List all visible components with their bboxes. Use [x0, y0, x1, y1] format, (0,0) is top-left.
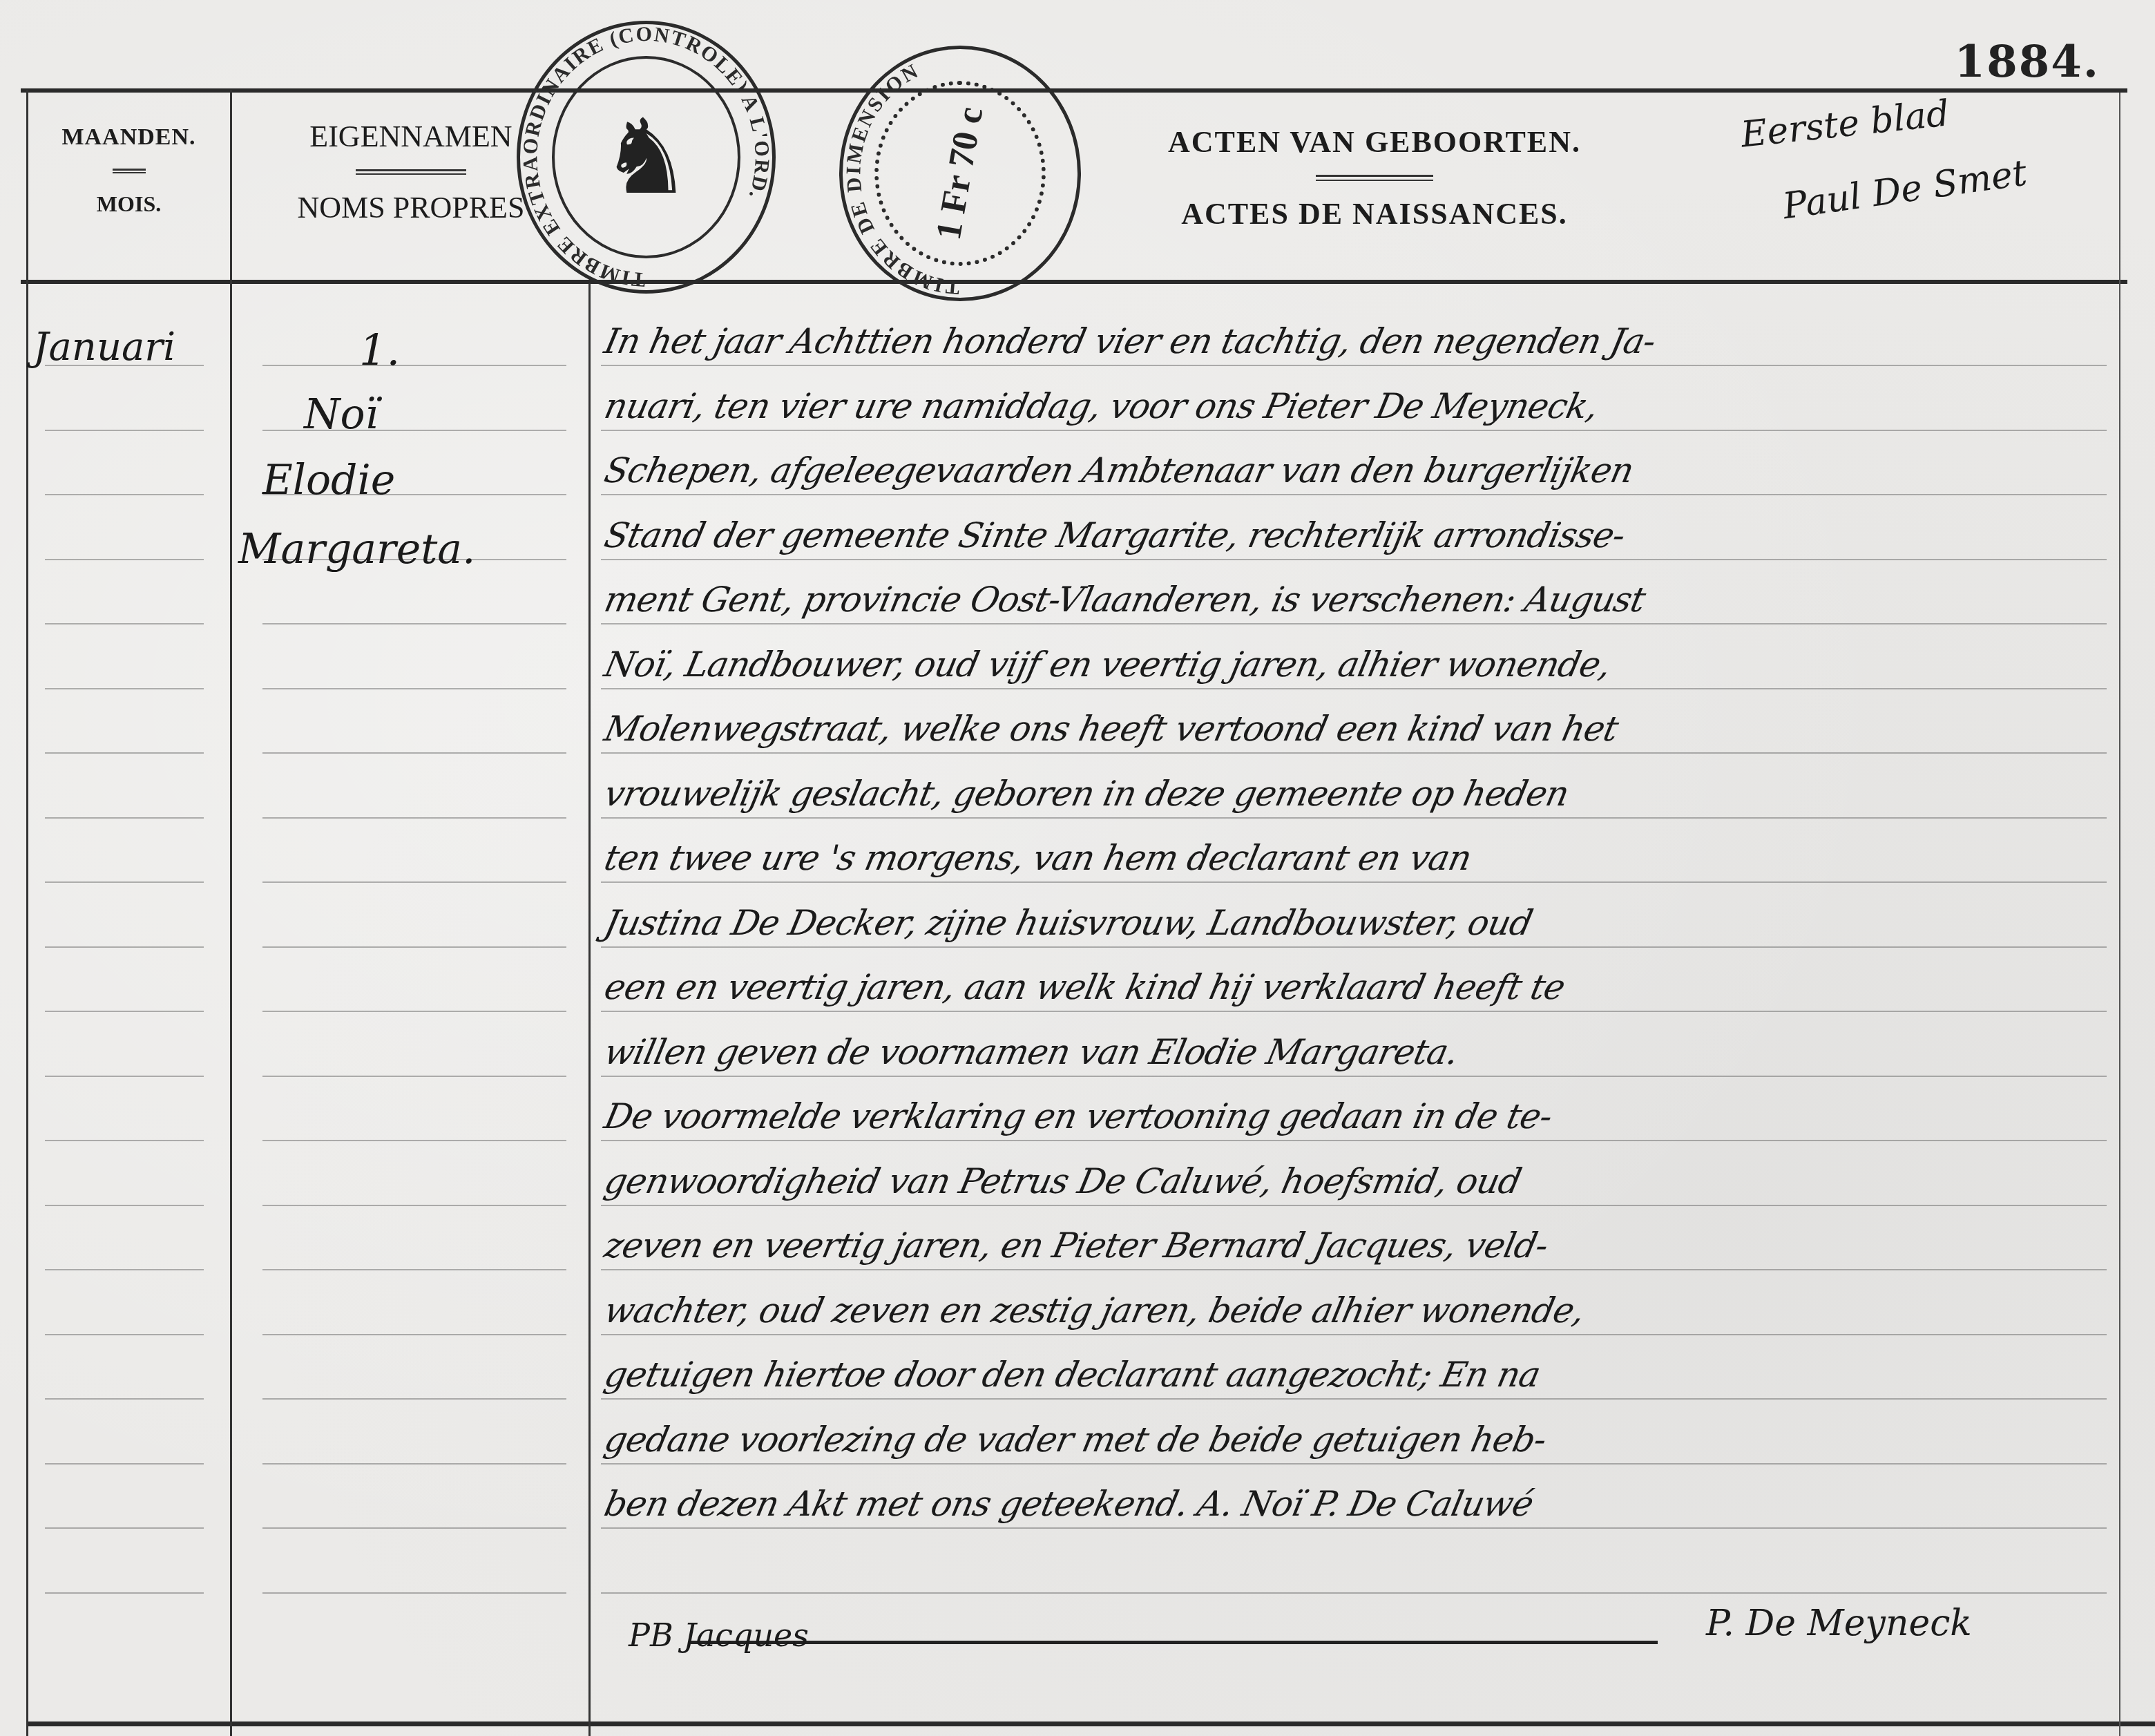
month-ruled-line	[45, 559, 204, 560]
act-body-line: een en veertig jaren, aan welk kind hij …	[601, 967, 2122, 1007]
header-acts-column: ACTEN VAN GEBOORTEN. ACTES DE NAISSANCES…	[1077, 124, 1672, 231]
act-body-line: getuigen hiertoe door den declarant aang…	[601, 1355, 2122, 1395]
header-separator	[1316, 175, 1433, 181]
entry-middle-name: Margareta.	[238, 525, 475, 573]
entry-first-name: Elodie	[262, 456, 395, 504]
act-body-line: willen geven de voornamen van Elodie Mar…	[601, 1032, 2122, 1072]
names-ruled-line	[262, 1527, 566, 1529]
act-body-line: De voormelde verklaring en vertooning ge…	[601, 1096, 2122, 1136]
month-ruled-line	[45, 1269, 204, 1270]
month-ruled-line	[45, 1463, 204, 1465]
body-ruled-line	[601, 1140, 2107, 1141]
header-acts-fr: ACTES DE NAISSANCES.	[1077, 196, 1672, 231]
act-body-line: nuari, ten vier ure namiddag, voor ons P…	[601, 386, 2122, 426]
body-ruled-line	[601, 1269, 2107, 1270]
body-ruled-line	[601, 688, 2107, 689]
act-body-line: Noï, Landbouwer, oud vijf en veertig jar…	[601, 645, 2122, 685]
extraordinary-tax-stamp: TIMBRE EXTRAORDINAIRE (CONTROLE) A L'ORD…	[517, 21, 776, 294]
header-acts-nl: ACTEN VAN GEBOORTEN.	[1077, 124, 1672, 160]
header-separator	[356, 169, 466, 175]
month-ruled-line	[45, 817, 204, 819]
body-ruled-line	[601, 752, 2107, 754]
body-ruled-line	[601, 559, 2107, 560]
wreath-icon: 1 Fr 70 c	[874, 81, 1046, 266]
names-ruled-line	[262, 1205, 566, 1206]
header-separator	[113, 169, 146, 173]
month-ruled-line	[45, 1527, 204, 1529]
body-ruled-line	[601, 1592, 2107, 1594]
entry-bottom-rule	[28, 1721, 2155, 1726]
signature-line	[691, 1641, 1658, 1644]
stamp-inner-ring: ♞	[552, 56, 740, 258]
register-year: 1884.	[1955, 36, 2100, 88]
act-body-line: vrouwelijk geslacht, geboren in deze gem…	[601, 774, 2122, 814]
month-ruled-line	[45, 881, 204, 883]
names-ruled-line	[262, 365, 566, 366]
act-body-line: Stand der gemeente Sinte Margarite, rech…	[601, 515, 2122, 555]
body-ruled-line	[601, 1076, 2107, 1077]
names-ruled-line	[262, 1140, 566, 1141]
act-body-line: ten twee ure 's morgens, van hem declara…	[601, 838, 2122, 878]
act-body-line: Schepen, afgeleegevaarden Ambtenaar van …	[601, 450, 2122, 490]
act-body-line: Molenwegstraat, welke ons heeft vertoond…	[601, 709, 2122, 749]
body-ruled-line	[601, 1463, 2107, 1465]
names-ruled-line	[262, 1463, 566, 1465]
month-ruled-line	[45, 1011, 204, 1012]
signature-officer: P. De Meyneck	[1706, 1603, 1972, 1644]
act-body-line: genwoordigheid van Petrus De Caluwé, hoe…	[601, 1161, 2122, 1201]
left-border	[26, 90, 28, 1736]
month-ruled-line	[45, 752, 204, 754]
body-ruled-line	[601, 365, 2107, 366]
names-column-divider	[588, 283, 591, 1736]
names-ruled-line	[262, 623, 566, 624]
names-ruled-line	[262, 1076, 566, 1077]
body-ruled-line	[601, 946, 2107, 948]
month-ruled-line	[45, 1140, 204, 1141]
month-ruled-line	[45, 688, 204, 689]
act-body-line: In het jaar Achttien honderd vier en tac…	[601, 321, 2122, 361]
lion-emblem-icon: ♞	[600, 106, 692, 209]
act-body-line: ment Gent, provincie Oost-Vlaanderen, is…	[601, 580, 2122, 620]
body-ruled-line	[601, 1205, 2107, 1206]
month-ruled-line	[45, 1592, 204, 1594]
header-month-column: MAANDEN. MOIS.	[28, 124, 230, 217]
entry-surname: Noï	[304, 390, 379, 439]
names-ruled-line	[262, 1269, 566, 1270]
month-ruled-line	[45, 430, 204, 431]
signature-witness: PB Jacques	[629, 1616, 809, 1654]
month-ruled-line	[45, 946, 204, 948]
body-ruled-line	[601, 623, 2107, 624]
month-ruled-line	[45, 623, 204, 624]
dimension-stamp: TIMBRE DE DIMENSION 1 Fr 70 c	[839, 46, 1081, 301]
entry-act-number: 1.	[359, 325, 400, 375]
body-ruled-line	[601, 1334, 2107, 1335]
names-ruled-line	[262, 1334, 566, 1335]
month-ruled-line	[45, 1076, 204, 1077]
names-ruled-line	[262, 1398, 566, 1400]
month-ruled-line	[45, 494, 204, 495]
names-ruled-line	[262, 946, 566, 948]
names-ruled-line	[262, 881, 566, 883]
act-body-line: zeven en veertig jaren, en Pieter Bernar…	[601, 1225, 2122, 1266]
entry-month: Januari	[33, 325, 175, 370]
body-ruled-line	[601, 817, 2107, 819]
month-ruled-line	[45, 1205, 204, 1206]
act-body-line: ben dezen Akt met ons geteekend. A. Noï …	[601, 1484, 2122, 1524]
act-body-line: Justina De Decker, zijne huisvrouw, Land…	[601, 903, 2122, 943]
act-body-line: gedane voorlezing de vader met de beide …	[601, 1420, 2122, 1460]
body-ruled-line	[601, 881, 2107, 883]
month-ruled-line	[45, 1398, 204, 1400]
names-ruled-line	[262, 1011, 566, 1012]
body-ruled-line	[601, 430, 2107, 431]
body-ruled-line	[601, 1398, 2107, 1400]
names-ruled-line	[262, 752, 566, 754]
body-ruled-line	[601, 494, 2107, 495]
stamp-value: 1 Fr 70 c	[931, 104, 990, 242]
names-ruled-line	[262, 1592, 566, 1594]
header-month-fr: MOIS.	[28, 191, 230, 217]
month-ruled-line	[45, 1334, 204, 1335]
names-ruled-line	[262, 688, 566, 689]
month-column-divider	[230, 90, 232, 1736]
header-month-nl: MAANDEN.	[28, 124, 230, 151]
body-ruled-line	[601, 1011, 2107, 1012]
act-body-line: wachter, oud zeven en zestig jaren, beid…	[601, 1290, 2122, 1330]
body-ruled-line	[601, 1527, 2107, 1529]
names-ruled-line	[262, 817, 566, 819]
